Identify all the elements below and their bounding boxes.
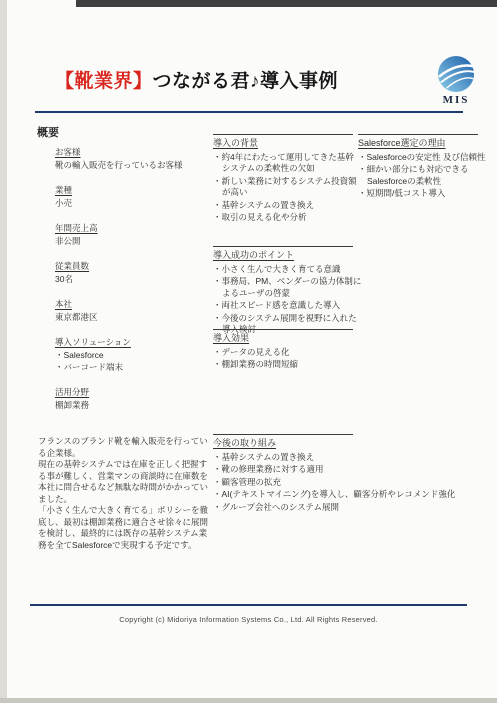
profile-label: 年間売上高 [55, 222, 213, 234]
scan-edge-left [0, 0, 7, 703]
profile-value: 東京都港区 [55, 311, 213, 323]
profile-value: 30名 [55, 273, 213, 285]
profile-label: 導入ソリューション [55, 336, 213, 348]
story-paragraph: フランスのブランド靴を輸入販売を行っている企業様。 [38, 436, 212, 459]
list-item: 小さく生んで大きく育てる意識 [213, 264, 363, 276]
section-divider [358, 134, 478, 135]
list-item: データの見える化 [213, 347, 357, 359]
section-heading-background: 導入の背景 [213, 138, 357, 150]
customer-story: フランスのブランド靴を輸入販売を行っている企業様。 現在の基幹システムでは在庫を… [38, 436, 212, 551]
page-title-industry: 【靴業界】 [55, 71, 153, 92]
section-list: 基幹システムの置き換え 靴の修理業務に対する適用 顧客管理の拡充 AI(テキスト… [213, 452, 491, 514]
list-item: 基幹システムの置き換え [213, 452, 491, 464]
profile-value: 小売 [55, 197, 213, 209]
list-item: 顧客管理の拡充 [213, 477, 491, 489]
profile-value: ・Salesforce [55, 349, 213, 361]
profile-label: 業種 [55, 184, 213, 196]
list-item: 約4年にわたって運用してきた基幹システムの柔軟性の欠如 [213, 152, 357, 175]
list-item: 短期間/低コスト導入 [358, 188, 490, 200]
profile-label: 本社 [55, 298, 213, 310]
story-paragraph: 現在の基幹システムでは在庫を正しく把握する事が難しく、営業マンの商談時に在庫数を… [38, 459, 212, 505]
section-effects: 導入効果 データの見える化 棚卸業務の時間短縮 [213, 329, 357, 372]
list-item: Salesforceの安定性 及び信頼性 [358, 152, 490, 164]
list-item: 基幹システムの置き換え [213, 200, 357, 212]
profile-field-annual-sales: 年間売上高 非公開 [55, 222, 213, 247]
section-divider [213, 134, 353, 135]
profile-label: お客様 [55, 146, 213, 158]
list-item: AI(テキストマイニング)を導入し、顧客分析やレコメンド強化 [213, 489, 491, 501]
section-heading-selection: Salesforce選定の理由 [358, 138, 490, 150]
overview-heading: 概要 [37, 124, 59, 140]
list-item: 靴の修理業務に対する適用 [213, 464, 491, 476]
globe-wave-icon [432, 55, 480, 93]
profile-value: 棚卸業務 [55, 399, 213, 411]
profile-label: 従業員数 [55, 260, 213, 272]
section-list: Salesforceの安定性 及び信頼性 細かい部分にも対応できるSalesfo… [358, 152, 490, 200]
story-paragraph: 「小さく生んで大きく育てる」ポリシーを徹底し、最初は棚卸業務に適合させ徐々に展開… [38, 505, 212, 551]
section-divider [213, 329, 353, 330]
profile-value: ・バーコード端末 [55, 361, 213, 373]
profile-value: 非公開 [55, 235, 213, 247]
list-item: 細かい部分にも対応できるSalesforceの柔軟性 [358, 164, 490, 187]
section-future-initiatives: 今後の取り組み 基幹システムの置き換え 靴の修理業務に対する適用 顧客管理の拡充… [213, 434, 491, 514]
customer-profile: お客様 靴の輸入販売を行っているお客様 業種 小売 年間売上高 非公開 従業員数… [55, 146, 213, 424]
profile-field-application-area: 活用分野 棚卸業務 [55, 386, 213, 411]
list-item: 取引の見える化や分析 [213, 212, 357, 224]
page-title-product: つながる君♪導入事例 [153, 71, 339, 92]
section-heading-effects: 導入効果 [213, 333, 357, 345]
title-divider [35, 111, 463, 113]
section-heading-future: 今後の取り組み [213, 438, 491, 450]
section-divider [213, 246, 353, 247]
list-item: グループ会社へのシステム展開 [213, 502, 491, 514]
list-item: 新しい業務に対するシステム投資額が高い [213, 176, 357, 199]
scan-edge-bottom [0, 698, 497, 703]
section-background: 導入の背景 約4年にわたって運用してきた基幹システムの柔軟性の欠如 新しい業務に… [213, 134, 357, 225]
logo-text: MIS [432, 94, 480, 106]
list-item: 両社スピード感を意識した導入 [213, 300, 363, 312]
copyright-text: Copyright (c) Midoriya Information Syste… [0, 615, 497, 624]
profile-field-headquarters: 本社 東京都港区 [55, 298, 213, 323]
profile-field-industry: 業種 小売 [55, 184, 213, 209]
section-list: 約4年にわたって運用してきた基幹システムの柔軟性の欠如 新しい業務に対するシステ… [213, 152, 357, 224]
profile-label: 活用分野 [55, 386, 213, 398]
section-success-points: 導入成功のポイント 小さく生んで大きく育てる意識 事務局、PM、ベンダーの協力体… [213, 246, 363, 337]
profile-field-employees: 従業員数 30名 [55, 260, 213, 285]
list-item: 事務局、PM、ベンダーの協力体制によるユーザの啓蒙 [213, 276, 363, 299]
section-divider [213, 434, 353, 435]
footer-divider [30, 604, 467, 606]
section-list: データの見える化 棚卸業務の時間短縮 [213, 347, 357, 371]
section-salesforce-selection: Salesforce選定の理由 Salesforceの安定性 及び信頼性 細かい… [358, 134, 490, 201]
section-heading-success: 導入成功のポイント [213, 250, 363, 262]
profile-field-customer: お客様 靴の輸入販売を行っているお客様 [55, 146, 213, 171]
profile-value: 靴の輸入販売を行っているお客様 [55, 159, 213, 171]
section-list: 小さく生んで大きく育てる意識 事務局、PM、ベンダーの協力体制によるユーザの啓蒙… [213, 264, 363, 336]
company-logo: MIS [432, 55, 480, 106]
page-title: 【靴業界】つながる君♪導入事例 [55, 66, 338, 93]
profile-field-solutions: 導入ソリューション ・Salesforce ・バーコード端末 [55, 336, 213, 373]
list-item: 棚卸業務の時間短縮 [213, 359, 357, 371]
scan-edge-top [76, 0, 497, 7]
